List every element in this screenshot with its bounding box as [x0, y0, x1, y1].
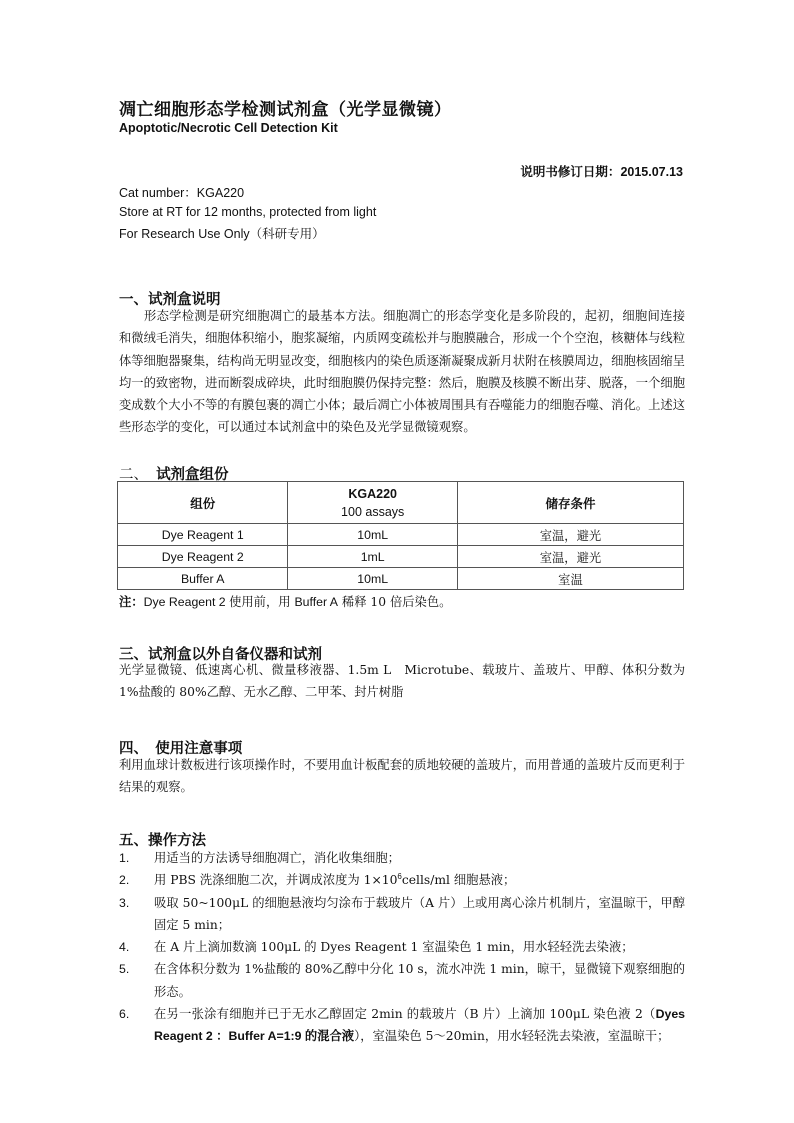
note-label: 注： [119, 595, 144, 609]
storage-info: Store at RT for 12 months, protected fro… [119, 205, 376, 219]
note-text: 使用前，用 [229, 595, 294, 609]
header-kit-id: KGA220 [348, 487, 397, 501]
cell-storage: 室温，避光 [457, 546, 683, 568]
table-row: Buffer A 10mL 室温 [118, 568, 684, 590]
procedure-step: 6. 在另一张涂有细胞并已于无水乙醇固定 2min 的载玻片（B 片）上滴加 1… [119, 1003, 685, 1048]
step-text: cells/ml 细胞悬液； [402, 873, 515, 887]
research-use: For Research Use Only（科研专用） [119, 224, 325, 242]
research-use-zh: （科研专用） [250, 226, 325, 241]
step-number: 3. [119, 892, 129, 914]
components-table: 组份 KGA220100 assays 储存条件 Dye Reagent 1 1… [117, 481, 684, 590]
note-text: Dye Reagent 2 [144, 595, 229, 609]
header-kga220: KGA220100 assays [288, 482, 457, 524]
step-text: 用适当的方法诱导细胞凋亡，消化收集细胞； [154, 851, 400, 865]
cell-volume: 10mL [288, 524, 457, 546]
step-text: 用 PBS 洗涤细胞二次，并调成浓度为 1×10 [154, 873, 397, 887]
research-use-en: For Research Use Only [119, 227, 250, 241]
procedure-steps: 1. 用适当的方法诱导细胞凋亡，消化收集细胞； 2. 用 PBS 洗涤细胞二次，… [119, 847, 685, 1048]
cell-component: Dye Reagent 1 [118, 524, 288, 546]
table-row: Dye Reagent 1 10mL 室温，避光 [118, 524, 684, 546]
revision-date: 说明书修订日期：2015.07.13 [520, 162, 683, 180]
cell-component: Dye Reagent 2 [118, 546, 288, 568]
step-text: 在含体积分数为 1%盐酸的 80%乙醇中分化 10 s，流水冲洗 1 min，晾… [154, 962, 685, 998]
cell-component: Buffer A [118, 568, 288, 590]
revision-date-value: 2015.07.13 [620, 165, 683, 179]
note-text: Buffer A [294, 595, 338, 609]
table-note: 注：Dye Reagent 2 使用前，用 Buffer A 稀释 10 倍后染… [119, 592, 451, 610]
header-storage: 储存条件 [457, 482, 683, 524]
step-number: 4. [119, 936, 129, 958]
procedure-step: 5. 在含体积分数为 1%盐酸的 80%乙醇中分化 10 s，流水冲洗 1 mi… [119, 958, 685, 1003]
step-text: 吸取 50~100μL 的细胞悬液均匀涂布于载玻片（A 片）上或用离心涂片机制片… [154, 896, 685, 932]
revision-label: 说明书修订日期： [520, 165, 620, 179]
table-row: Dye Reagent 2 1mL 室温，避光 [118, 546, 684, 568]
document-title-zh: 凋亡细胞形态学检测试剂盒（光学显微镜） [119, 95, 452, 120]
cell-volume: 1mL [288, 546, 457, 568]
cell-volume: 10mL [288, 568, 457, 590]
step-number: 1. [119, 847, 129, 869]
step-text: ），室温染色 5～20min，用水轻轻洗去染液，室温晾干； [354, 1029, 669, 1043]
document-title-en: Apoptotic/Necrotic Cell Detection Kit [119, 121, 338, 135]
step-number: 2. [119, 869, 129, 891]
kit-description-paragraph: 形态学检测是研究细胞凋亡的最基本方法。细胞凋亡的形态学变化是多阶段的，起初，细胞… [119, 305, 685, 439]
document-page: 凋亡细胞形态学检测试剂盒（光学显微镜） Apoptotic/Necrotic C… [0, 0, 794, 1123]
note-text: 稀释 10 倍后染色。 [338, 595, 451, 609]
procedure-step: 1. 用适当的方法诱导细胞凋亡，消化收集细胞； [119, 847, 685, 869]
cell-storage: 室温 [457, 568, 683, 590]
step-text: 在另一张涂有细胞并已于无水乙醇固定 2min 的载玻片（B 片）上滴加 100μ… [154, 1007, 656, 1021]
required-equipment-paragraph: 光学显微镜、低速离心机、微量移液器、1.5m L Microtube、载玻片、盖… [119, 659, 685, 704]
procedure-step: 4. 在 A 片上滴加数滴 100μL 的 Dyes Reagent 1 室温染… [119, 936, 685, 958]
precautions-paragraph: 利用血球计数板进行该项操作时，不要用血计板配套的质地较硬的盖玻片，而用普通的盖玻… [119, 754, 685, 799]
header-assays: 100 assays [288, 505, 456, 519]
procedure-step: 2. 用 PBS 洗涤细胞二次，并调成浓度为 1×106cells/ml 细胞悬… [119, 869, 685, 891]
step-number: 5. [119, 958, 129, 980]
procedure-step: 3. 吸取 50~100μL 的细胞悬液均匀涂布于载玻片（A 片）上或用离心涂片… [119, 892, 685, 937]
table-header-row: 组份 KGA220100 assays 储存条件 [118, 482, 684, 524]
header-component: 组份 [118, 482, 288, 524]
cat-number: Cat number：KGA220 [119, 183, 244, 201]
step-number: 6. [119, 1003, 129, 1025]
step-text: 在 A 片上滴加数滴 100μL 的 Dyes Reagent 1 室温染色 1… [154, 940, 634, 954]
cell-storage: 室温，避光 [457, 524, 683, 546]
